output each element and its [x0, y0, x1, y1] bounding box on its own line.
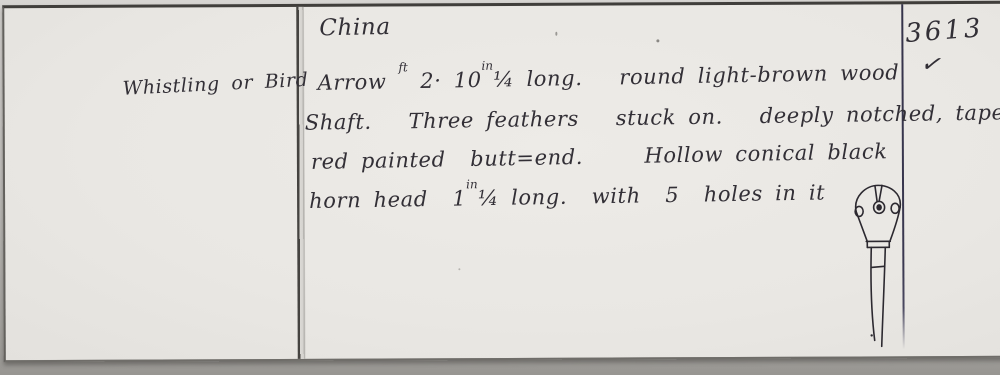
catalog-card: Whistling or Bird China Arrow ft 2· 10in… — [2, 1, 1000, 362]
entry-text-segment: ¼ long. round light-brown wood — [493, 60, 899, 91]
entry-line-shaft: Shaft. Three feathers stuck on. deeply n… — [305, 100, 1000, 135]
entry-text-segment: horn head 1 — [309, 186, 467, 213]
country-heading: China — [319, 14, 391, 42]
dust-speck — [555, 32, 557, 36]
unit-in-superscript: in — [466, 177, 478, 191]
whistling-arrow-sketch — [844, 180, 911, 352]
column-divider — [296, 7, 306, 359]
accession-number: 3613 — [904, 13, 984, 49]
entry-text-segment: 2· 10 — [408, 68, 482, 93]
unit-in-superscript: in — [481, 59, 493, 73]
classification-label: Whistling or Bird — [122, 69, 309, 100]
unit-ft-superscript: ft — [398, 60, 408, 74]
entry-text-segment: ¼ long. with 5 holes in it — [478, 180, 826, 210]
dust-speck — [656, 39, 659, 42]
entry-line-dimensions: Arrow ft 2· 10in¼ long. round light-brow… — [317, 60, 899, 95]
entry-line-butt: red painted butt=end. Hollow conical bla… — [311, 139, 888, 174]
checkmark-tick: ✓ — [918, 49, 948, 79]
dust-speck — [458, 268, 460, 270]
entry-text-segment: Arrow — [317, 69, 399, 94]
entry-line-horn: horn head 1in¼ long. with 5 holes in it — [309, 180, 825, 213]
